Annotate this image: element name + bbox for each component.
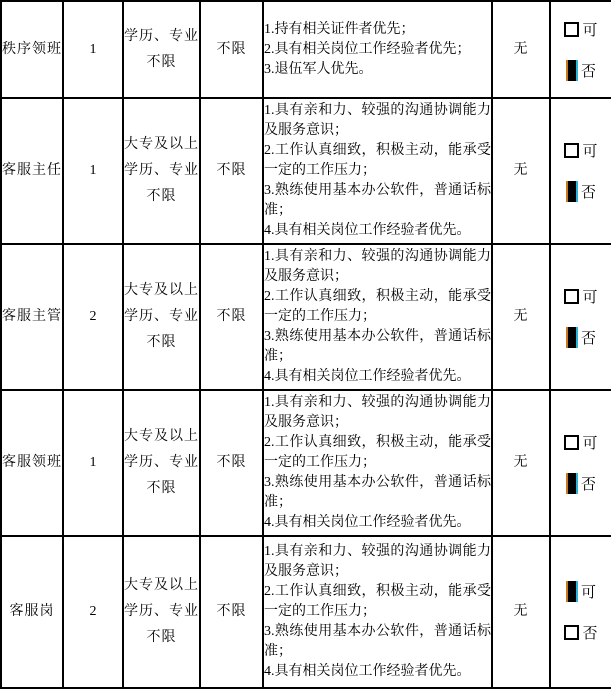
education-label: 大专及以上学历、专业不限 (124, 137, 199, 204)
requirements-cell: 1.具有亲和力、较强的沟通协调能力及服务意识；2.工作认真细致，积极主动，能承受… (263, 390, 492, 536)
option-label: 否 (581, 327, 596, 348)
headcount-value: 2 (90, 604, 97, 619)
requirements-list: 1.具有亲和力、较强的沟通协调能力及服务意识；2.工作认真细致，积极主动，能承受… (264, 101, 491, 241)
option-unchecked[interactable]: 可 (564, 432, 597, 453)
option-checked[interactable]: 否 (566, 60, 596, 81)
option-unchecked[interactable]: 可 (564, 140, 597, 161)
headcount-cell: 1 (63, 390, 123, 536)
option-checked[interactable]: 可 (566, 581, 596, 602)
requirements-list: 1.具有亲和力、较强的沟通协调能力及服务意识；2.工作认真细致，积极主动，能承受… (264, 542, 491, 682)
requirement-item: 4.具有相关岗位工作经验者优先。 (264, 221, 491, 241)
requirements-cell: 1.持有相关证件者优先；2.具有相关岗位工作经验者优先；3.退伍军人优先。 (263, 1, 492, 98)
checkbox-checked-icon[interactable] (566, 181, 578, 202)
requirement-item: 3.熟练使用基本办公软件，普通话标准； (264, 181, 491, 221)
education-cell: 大专及以上学历、专业不限 (123, 390, 200, 536)
other-label: 无 (514, 604, 529, 619)
options-list: 可否 (551, 286, 611, 348)
table-row: 客服主任 1 大专及以上学历、专业不限 不限 1.具有亲和力、较强的沟通协调能力… (1, 98, 611, 244)
education-label: 学历、专业不限 (124, 29, 199, 70)
requirement-item: 2.工作认真细致，积极主动，能承受一定的工作压力； (264, 433, 491, 473)
headcount-cell: 2 (63, 244, 123, 390)
option-checked[interactable]: 否 (566, 181, 596, 202)
education-label: 大专及以上学历、专业不限 (124, 429, 199, 496)
education-label: 大专及以上学历、专业不限 (124, 578, 199, 645)
option-unchecked[interactable]: 可 (564, 19, 597, 40)
education-cell: 大专及以上学历、专业不限 (123, 98, 200, 244)
option-unchecked[interactable]: 可 (564, 286, 597, 307)
option-unchecked[interactable]: 否 (564, 622, 597, 643)
age-limit-label: 不限 (217, 163, 247, 178)
other-label: 无 (514, 163, 529, 178)
recruitment-table: 秩序领班 1 学历、专业不限 不限 1.持有相关证件者优先；2.具有相关岗位工作… (0, 0, 611, 689)
education-cell: 学历、专业不限 (123, 1, 200, 98)
other-label: 无 (514, 309, 529, 324)
other-cell: 无 (492, 98, 550, 244)
headcount-cell: 1 (63, 98, 123, 244)
option-label: 可 (581, 581, 596, 602)
requirements-cell: 1.具有亲和力、较强的沟通协调能力及服务意识；2.工作认真细致，积极主动，能承受… (263, 244, 492, 390)
requirements-list: 1.具有亲和力、较强的沟通协调能力及服务意识；2.工作认真细致，积极主动，能承受… (264, 393, 491, 533)
options-list: 可否 (551, 140, 611, 202)
options-cell: 可否 (550, 536, 611, 688)
checkbox-unchecked-icon[interactable] (564, 435, 579, 450)
option-label: 否 (581, 60, 596, 81)
option-label: 否 (582, 622, 597, 643)
age-limit-cell: 不限 (200, 1, 263, 98)
requirements-cell: 1.具有亲和力、较强的沟通协调能力及服务意识；2.工作认真细致，积极主动，能承受… (263, 536, 492, 688)
headcount-cell: 2 (63, 536, 123, 688)
requirement-item: 4.具有相关岗位工作经验者优先。 (264, 513, 491, 533)
checkbox-unchecked-icon[interactable] (564, 289, 579, 304)
position-cell: 秩序领班 (1, 1, 63, 98)
education-cell: 大专及以上学历、专业不限 (123, 536, 200, 688)
requirements-list: 1.具有亲和力、较强的沟通协调能力及服务意识；2.工作认真细致，积极主动，能承受… (264, 247, 491, 387)
position-label: 客服主管 (2, 309, 62, 324)
position-cell: 客服主任 (1, 98, 63, 244)
checkbox-checked-icon[interactable] (566, 327, 578, 348)
age-limit-cell: 不限 (200, 98, 263, 244)
age-limit-cell: 不限 (200, 244, 263, 390)
other-label: 无 (514, 455, 529, 470)
options-list: 可否 (551, 19, 611, 81)
requirement-item: 2.工作认真细致，积极主动，能承受一定的工作压力； (264, 582, 491, 622)
options-cell: 可否 (550, 98, 611, 244)
requirements-list: 1.持有相关证件者优先；2.具有相关岗位工作经验者优先；3.退伍军人优先。 (264, 20, 491, 80)
age-limit-label: 不限 (217, 455, 247, 470)
option-checked[interactable]: 否 (566, 327, 596, 348)
requirement-item: 3.退伍军人优先。 (264, 60, 491, 80)
option-label: 否 (581, 473, 596, 494)
checkbox-unchecked-icon[interactable] (564, 143, 579, 158)
age-limit-label: 不限 (217, 42, 247, 57)
checkbox-unchecked-icon[interactable] (564, 22, 579, 37)
other-cell: 无 (492, 1, 550, 98)
checkbox-checked-icon[interactable] (566, 60, 578, 81)
requirement-item: 2.工作认真细致，积极主动，能承受一定的工作压力； (264, 141, 491, 181)
table-row: 客服主管 2 大专及以上学历、专业不限 不限 1.具有亲和力、较强的沟通协调能力… (1, 244, 611, 390)
position-label: 秩序领班 (2, 42, 62, 57)
option-label: 可 (582, 140, 597, 161)
requirement-item: 1.具有亲和力、较强的沟通协调能力及服务意识； (264, 247, 491, 287)
options-cell: 可否 (550, 1, 611, 98)
requirement-item: 2.具有相关岗位工作经验者优先； (264, 40, 491, 60)
options-list: 可否 (551, 432, 611, 494)
position-label: 客服领班 (2, 455, 62, 470)
education-cell: 大专及以上学历、专业不限 (123, 244, 200, 390)
option-label: 可 (582, 432, 597, 453)
option-label: 否 (581, 181, 596, 202)
headcount-value: 1 (90, 455, 97, 470)
requirement-item: 1.具有亲和力、较强的沟通协调能力及服务意识； (264, 101, 491, 141)
document-page: 秩序领班 1 学历、专业不限 不限 1.持有相关证件者优先；2.具有相关岗位工作… (0, 0, 611, 691)
table-row: 秩序领班 1 学历、专业不限 不限 1.持有相关证件者优先；2.具有相关岗位工作… (1, 1, 611, 98)
other-cell: 无 (492, 536, 550, 688)
requirement-item: 2.工作认真细致，积极主动，能承受一定的工作压力； (264, 287, 491, 327)
position-cell: 客服领班 (1, 390, 63, 536)
options-list: 可否 (551, 581, 611, 643)
other-label: 无 (514, 42, 529, 57)
requirement-item: 3.熟练使用基本办公软件，普通话标准； (264, 622, 491, 662)
position-cell: 客服岗 (1, 536, 63, 688)
table-body: 秩序领班 1 学历、专业不限 不限 1.持有相关证件者优先；2.具有相关岗位工作… (1, 1, 611, 688)
age-limit-label: 不限 (217, 604, 247, 619)
requirement-item: 3.熟练使用基本办公软件，普通话标准； (264, 473, 491, 513)
options-cell: 可否 (550, 390, 611, 536)
position-label: 客服主任 (2, 163, 62, 178)
headcount-cell: 1 (63, 1, 123, 98)
checkbox-checked-icon[interactable] (566, 581, 578, 602)
requirement-item: 1.持有相关证件者优先； (264, 20, 491, 40)
option-label: 可 (582, 286, 597, 307)
age-limit-label: 不限 (217, 309, 247, 324)
requirement-item: 4.具有相关岗位工作经验者优先。 (264, 662, 491, 682)
requirement-item: 4.具有相关岗位工作经验者优先。 (264, 367, 491, 387)
other-cell: 无 (492, 244, 550, 390)
age-limit-cell: 不限 (200, 390, 263, 536)
requirement-item: 1.具有亲和力、较强的沟通协调能力及服务意识； (264, 393, 491, 433)
position-cell: 客服主管 (1, 244, 63, 390)
table-row: 客服岗 2 大专及以上学历、专业不限 不限 1.具有亲和力、较强的沟通协调能力及… (1, 536, 611, 688)
education-label: 大专及以上学历、专业不限 (124, 283, 199, 350)
checkbox-unchecked-icon[interactable] (564, 625, 579, 640)
headcount-value: 1 (90, 42, 97, 57)
table-row: 客服领班 1 大专及以上学历、专业不限 不限 1.具有亲和力、较强的沟通协调能力… (1, 390, 611, 536)
requirement-item: 3.熟练使用基本办公软件，普通话标准； (264, 327, 491, 367)
requirement-item: 1.具有亲和力、较强的沟通协调能力及服务意识； (264, 542, 491, 582)
headcount-value: 2 (90, 309, 97, 324)
option-label: 可 (582, 19, 597, 40)
checkbox-checked-icon[interactable] (566, 473, 578, 494)
option-checked[interactable]: 否 (566, 473, 596, 494)
position-label: 客服岗 (10, 604, 55, 619)
requirements-cell: 1.具有亲和力、较强的沟通协调能力及服务意识；2.工作认真细致，积极主动，能承受… (263, 98, 492, 244)
headcount-value: 1 (90, 163, 97, 178)
options-cell: 可否 (550, 244, 611, 390)
other-cell: 无 (492, 390, 550, 536)
age-limit-cell: 不限 (200, 536, 263, 688)
